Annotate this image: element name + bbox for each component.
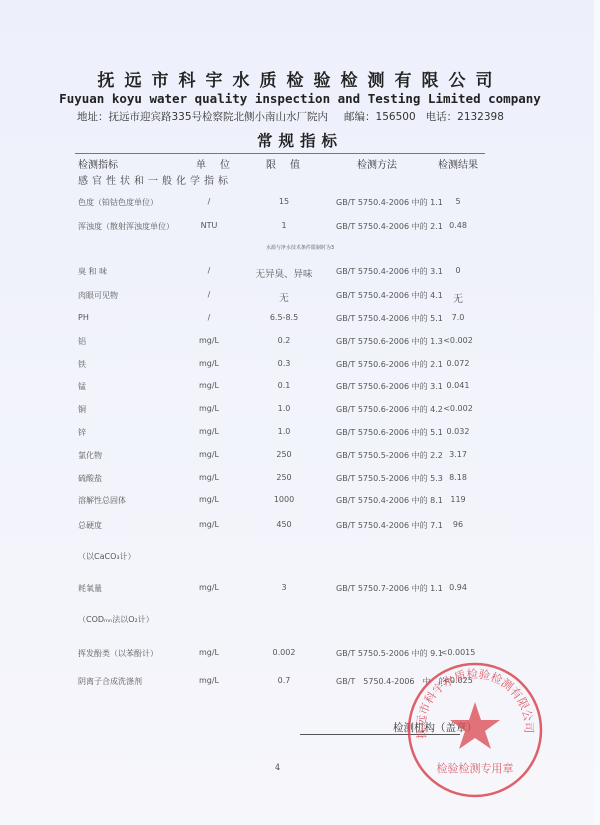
test-method: GB/T 5750.6-2006 中的 4.2: [336, 404, 443, 415]
item-name: 锰: [78, 381, 86, 392]
unit: mg/L: [195, 427, 223, 436]
company-address-line: 地址：抚远市迎宾路335号检察院北侧小南山水厂院内邮编：156500电话：213…: [77, 109, 537, 124]
item-name: 总硬度: [78, 520, 102, 531]
limit-value: 3: [240, 583, 328, 592]
test-result: 0.48: [438, 221, 478, 230]
table-row: 铜mg/L1.0GB/T 5750.6-2006 中的 4.2<0.002: [0, 404, 600, 418]
limit-value: 6.5-8.5: [240, 313, 328, 322]
limit-value: 0.3: [240, 359, 328, 368]
address: 抚远市迎宾路335号检察院北侧小南山水厂院内: [109, 111, 329, 123]
limit-value: 0.002: [240, 648, 328, 657]
column-header-unit: 单 位: [196, 156, 232, 171]
item-name: 阴离子合成洗涤剂: [78, 676, 142, 687]
test-method: GB/T 5750.5-2006 中的 5.3: [336, 473, 443, 484]
column-header-result: 检测结果: [438, 156, 478, 171]
postcode: 156500: [376, 111, 416, 123]
unit: mg/L: [195, 450, 223, 459]
official-seal-stamp: 抚远市科宇水质检验检测有限公司 检验检测专用章: [405, 660, 545, 800]
table-row: 臭 和 味/无异臭、异味GB/T 5750.4-2006 中的 3.10: [0, 266, 600, 280]
unit: mg/L: [195, 583, 223, 592]
item-name: 溶解性总固体: [78, 495, 126, 506]
limit-value: 0.1: [240, 381, 328, 390]
unit: NTU: [195, 221, 223, 230]
table-row: 总硬度mg/L450GB/T 5750.4-2006 中的 7.196: [0, 520, 600, 534]
test-result: 96: [438, 520, 478, 529]
address-label: 地址：: [77, 111, 109, 123]
postcode-label: 邮编：: [344, 111, 376, 123]
test-result: 0.94: [438, 583, 478, 592]
item-name: 耗氧量: [78, 583, 102, 594]
footnote-turbidity: 水源与净水技术条件限制时为3: [0, 244, 600, 251]
test-method: GB/T 5750.4-2006 中的 2.1: [336, 221, 443, 232]
table-row: 氯化物mg/L250GB/T 5750.5-2006 中的 2.23.17: [0, 450, 600, 464]
limit-value: 1000: [240, 495, 328, 504]
test-method: GB/T 5750.4-2006 中的 7.1: [336, 520, 443, 531]
limit-value: 1: [240, 221, 328, 230]
test-result: 7.0: [438, 313, 478, 322]
test-method: GB/T 5750.4-2006 中的 3.1: [336, 266, 443, 277]
unit: mg/L: [195, 359, 223, 368]
test-result: 3.17: [438, 450, 478, 459]
table-row: 铝mg/L0.2GB/T 5750.6-2006 中的 1.3<0.002: [0, 336, 600, 350]
item-name: 硫酸盐: [78, 473, 102, 484]
test-result: 0.041: [438, 381, 478, 390]
category-heading: 感官性状和一般化学指标: [78, 172, 232, 187]
item-name: 色度（铂钴色度单位）: [78, 197, 158, 208]
phone-label: 电话：: [426, 111, 458, 123]
test-method: GB/T 5750.4-2006 中的 8.1: [336, 495, 443, 506]
limit-value: 0.7: [240, 676, 328, 685]
limit-value: 1.0: [240, 427, 328, 436]
company-name-cn: 抚远市科宇水质检验检测有限公司: [0, 66, 600, 91]
item-name: 浑浊度（散射浑浊度单位）: [78, 221, 174, 232]
test-method: GB/T 5750.7-2006 中的 1.1: [336, 583, 443, 594]
test-method: GB/T 5750.4-2006 中的 1.1: [336, 197, 443, 208]
limit-value: 450: [240, 520, 328, 529]
section-title: 常规指标: [0, 129, 600, 151]
test-method: GB/T 5750.6-2006 中的 5.1: [336, 427, 443, 438]
unit: /: [195, 313, 223, 322]
test-result: 5: [438, 197, 478, 206]
unit: mg/L: [195, 676, 223, 685]
table-top-rule: [75, 153, 485, 154]
table-row: 肉眼可见物/无GB/T 5750.4-2006 中的 4.1无: [0, 290, 600, 304]
item-name: 锌: [78, 427, 86, 438]
item-name: PH: [78, 313, 89, 322]
unit: /: [195, 266, 223, 275]
unit: /: [195, 197, 223, 206]
table-row: 浑浊度（散射浑浊度单位）NTU1GB/T 5750.4-2006 中的 2.10…: [0, 221, 600, 235]
company-name-en: Fuyuan koyu water quality inspection and…: [0, 91, 600, 106]
test-method: GB/T 5750.6-2006 中的 1.3: [336, 336, 443, 347]
test-method: GB/T 5750.6-2006 中的 3.1: [336, 381, 443, 392]
unit: mg/L: [195, 381, 223, 390]
item-name: 铜: [78, 404, 86, 415]
document-page: 抚远市科宇水质检验检测有限公司 Fuyuan koyu water qualit…: [0, 0, 600, 825]
unit: /: [195, 290, 223, 299]
unit: mg/L: [195, 404, 223, 413]
item-name: 氯化物: [78, 450, 102, 461]
test-result: <0.002: [438, 336, 478, 345]
limit-value: 15: [240, 197, 328, 206]
unit: mg/L: [195, 648, 223, 657]
limit-value: 无: [240, 290, 328, 304]
test-result: <0.002: [438, 404, 478, 413]
item-name: 肉眼可见物: [78, 290, 118, 301]
limit-value: 1.0: [240, 404, 328, 413]
item-name: 臭 和 味: [78, 266, 107, 277]
column-header-limit: 限 值: [266, 156, 302, 171]
table-row: 溶解性总固体mg/L1000GB/T 5750.4-2006 中的 8.1119: [0, 495, 600, 509]
table-row: 铁mg/L0.3GB/T 5750.6-2006 中的 2.10.072: [0, 359, 600, 373]
unit: mg/L: [195, 495, 223, 504]
limit-value: 0.2: [240, 336, 328, 345]
item-name: 铝: [78, 336, 86, 347]
column-header-method: 检测方法: [357, 156, 397, 171]
test-result: 0: [438, 266, 478, 275]
table-row: 硫酸盐mg/L250GB/T 5750.5-2006 中的 5.38.18: [0, 473, 600, 487]
table-row: 色度（铂钴色度单位）/15GB/T 5750.4-2006 中的 1.15: [0, 197, 600, 211]
test-method: GB/T 5750.5-2006 中的 2.2: [336, 450, 443, 461]
hardness-subnote: （以CaCO₃计）: [78, 551, 136, 562]
item-name: 铁: [78, 359, 86, 370]
page-number: 4: [0, 763, 555, 772]
phone: 2132398: [457, 111, 504, 123]
test-method: GB/T 5750.6-2006 中的 2.1: [336, 359, 443, 370]
limit-value: 250: [240, 450, 328, 459]
limit-value: 250: [240, 473, 328, 482]
table-row: 锌mg/L1.0GB/T 5750.6-2006 中的 5.10.032: [0, 427, 600, 441]
table-row: 锰mg/L0.1GB/T 5750.6-2006 中的 3.10.041: [0, 381, 600, 395]
star-icon: [450, 702, 500, 749]
test-method: GB/T 5750.4-2006 中的 4.1: [336, 290, 443, 301]
column-header-item: 检测指标: [78, 156, 118, 171]
limit-value: 无异臭、异味: [240, 266, 328, 280]
test-result: <0.0015: [438, 648, 478, 657]
test-method: GB/T 5750.4-2006 中的 5.1: [336, 313, 443, 324]
oxygen-subnote: （CODₘₙ法以O₂计）: [78, 614, 154, 625]
test-result: 0.032: [438, 427, 478, 436]
test-result: 8.18: [438, 473, 478, 482]
unit: mg/L: [195, 336, 223, 345]
table-row: PH/6.5-8.5GB/T 5750.4-2006 中的 5.17.0: [0, 313, 600, 327]
test-result: 0.072: [438, 359, 478, 368]
unit: mg/L: [195, 473, 223, 482]
test-result: 无: [438, 290, 478, 305]
test-result: 119: [438, 495, 478, 504]
table-row: 耗氧量mg/L3GB/T 5750.7-2006 中的 1.10.94: [0, 583, 600, 597]
unit: mg/L: [195, 520, 223, 529]
test-method: GB/T 5750.5-2006 中的 9.1: [336, 648, 443, 659]
item-name: 挥发酚类（以苯酚计）: [78, 648, 158, 659]
